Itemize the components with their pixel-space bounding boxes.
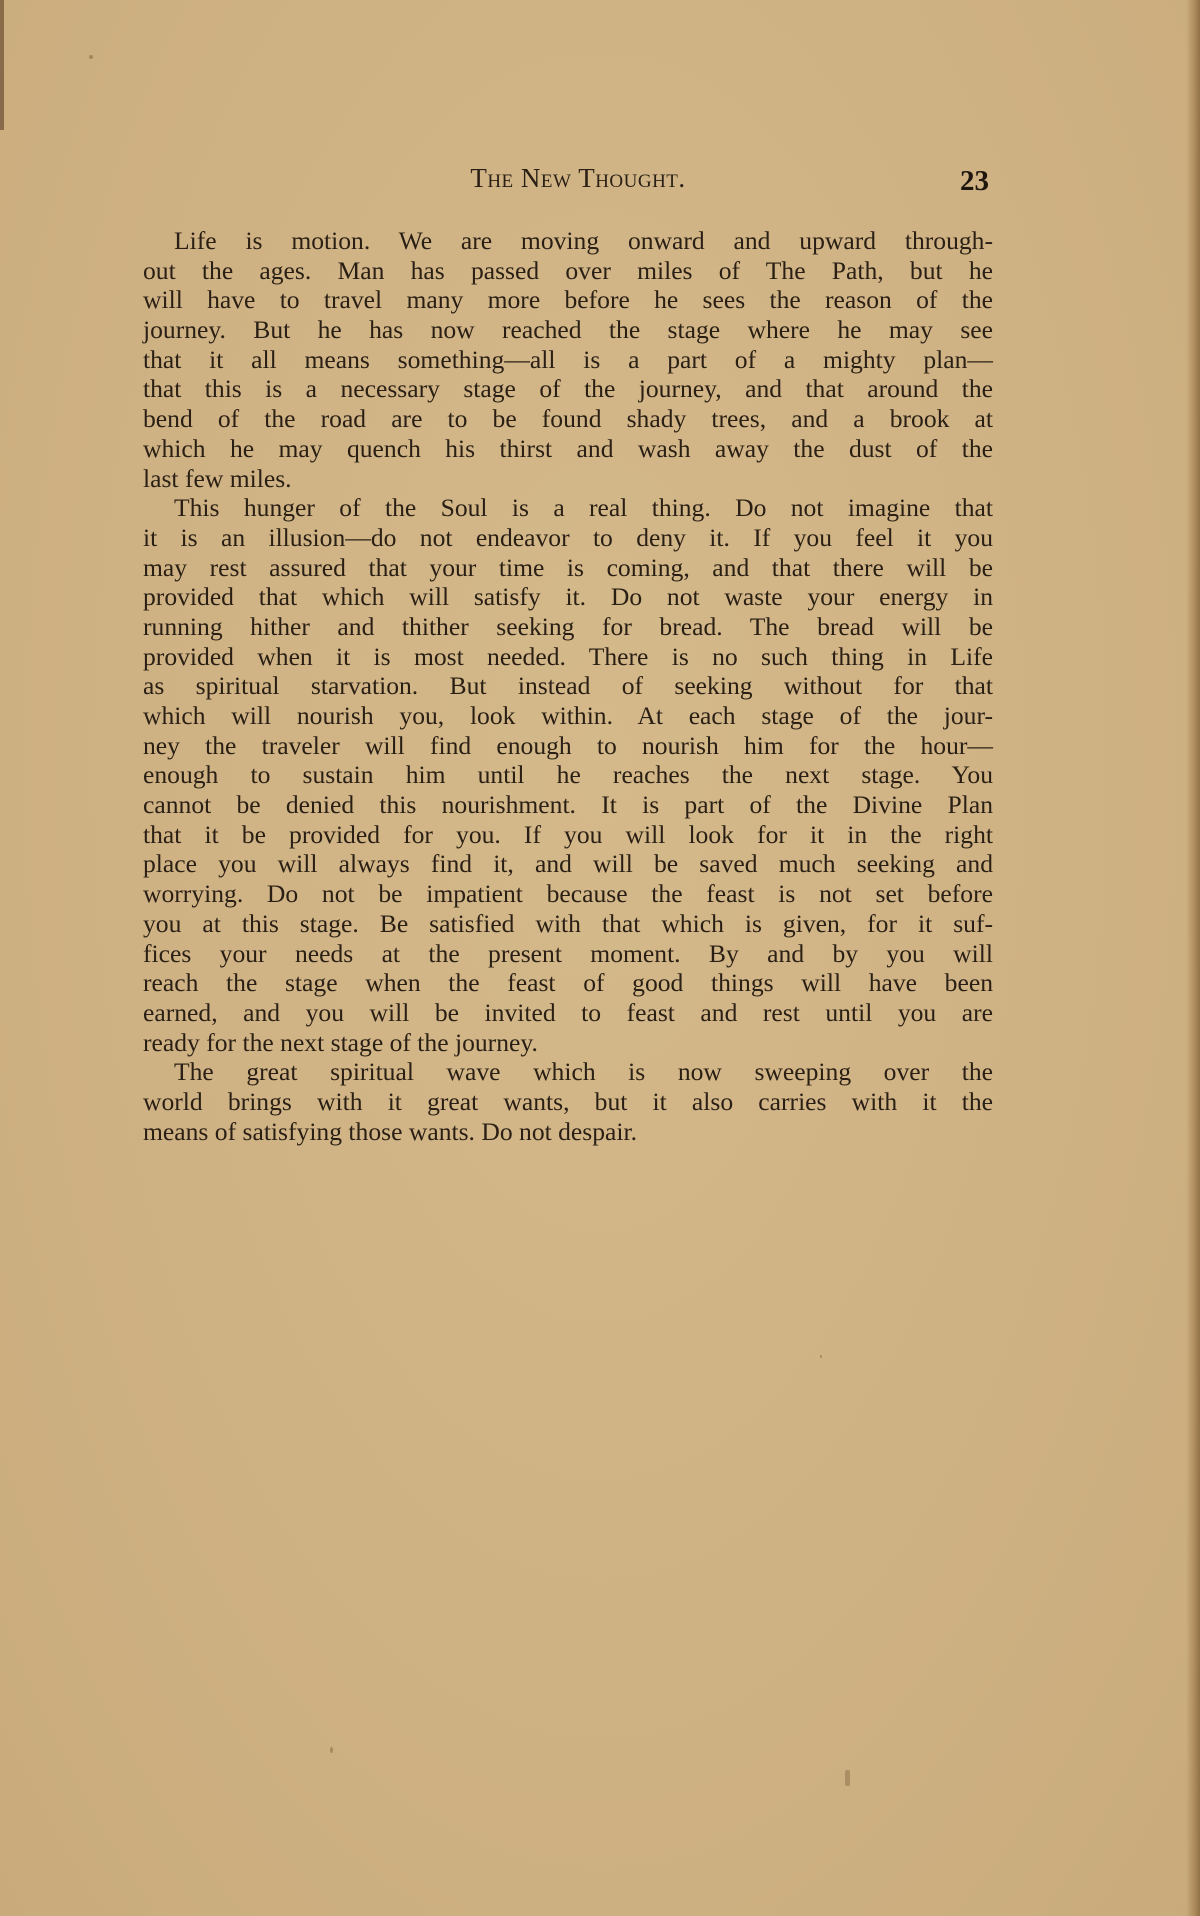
text-line: provided that which will satisfy it. Do … [143, 582, 993, 612]
text-line: This hunger of the Soul is a real thing.… [143, 493, 993, 523]
text-line: which will nourish you, look within. At … [143, 701, 993, 731]
page-right-edge [1186, 0, 1200, 1916]
page-left-edge [0, 0, 4, 130]
page-number: 23 [960, 165, 989, 198]
text-line: enough to sustain him until he reaches t… [143, 760, 993, 790]
text-line: means of satisfying those wants. Do not … [143, 1117, 993, 1147]
text-line: that it be provided for you. If you will… [143, 820, 993, 850]
text-line: ready for the next stage of the journey. [143, 1028, 993, 1058]
text-line: as spiritual starvation. But instead of … [143, 671, 993, 701]
text-line: fices your needs at the present moment. … [143, 939, 993, 969]
text-line: you at this stage. Be satisfied with tha… [143, 909, 993, 939]
text-line: worrying. Do not be impatient because th… [143, 879, 993, 909]
text-line: running hither and thither seeking for b… [143, 612, 993, 642]
text-line: earned, and you will be invited to feast… [143, 998, 993, 1028]
text-line: that this is a necessary stage of the jo… [143, 374, 993, 404]
paper-speck [820, 1355, 822, 1358]
text-line: The great spiritual wave which is now sw… [143, 1057, 993, 1087]
text-line: world brings with it great wants, but it… [143, 1087, 993, 1117]
text-line: journey. But he has now reached the stag… [143, 315, 993, 345]
text-line: will have to travel many more before he … [143, 285, 993, 315]
running-head: The New Thought. 23 [143, 163, 993, 199]
text-line: that it all means something—all is a par… [143, 345, 993, 375]
text-line: ney the traveler will find enough to nou… [143, 731, 993, 761]
body-text: Life is motion. We are moving onward and… [143, 226, 993, 1146]
text-line: provided when it is most needed. There i… [143, 642, 993, 672]
text-line: bend of the road are to be found shady t… [143, 404, 993, 434]
text-line: out the ages. Man has passed over miles … [143, 256, 993, 286]
text-line: cannot be denied this nourishment. It is… [143, 790, 993, 820]
text-line: may rest assured that your time is comin… [143, 553, 993, 583]
text-line: which he may quench his thirst and wash … [143, 434, 993, 464]
paper-speck [845, 1770, 850, 1786]
paper-speck [330, 1747, 333, 1753]
text-line: reach the stage when the feast of good t… [143, 968, 993, 998]
running-title: The New Thought. [143, 163, 993, 194]
book-page: The New Thought. 23 Life is motion. We a… [0, 0, 1200, 1916]
text-line: last few miles. [143, 464, 993, 494]
paper-speck [89, 55, 93, 59]
text-line: it is an illusion—do not endeavor to den… [143, 523, 993, 553]
text-line: Life is motion. We are moving onward and… [143, 226, 993, 256]
text-line: place you will always find it, and will … [143, 849, 993, 879]
